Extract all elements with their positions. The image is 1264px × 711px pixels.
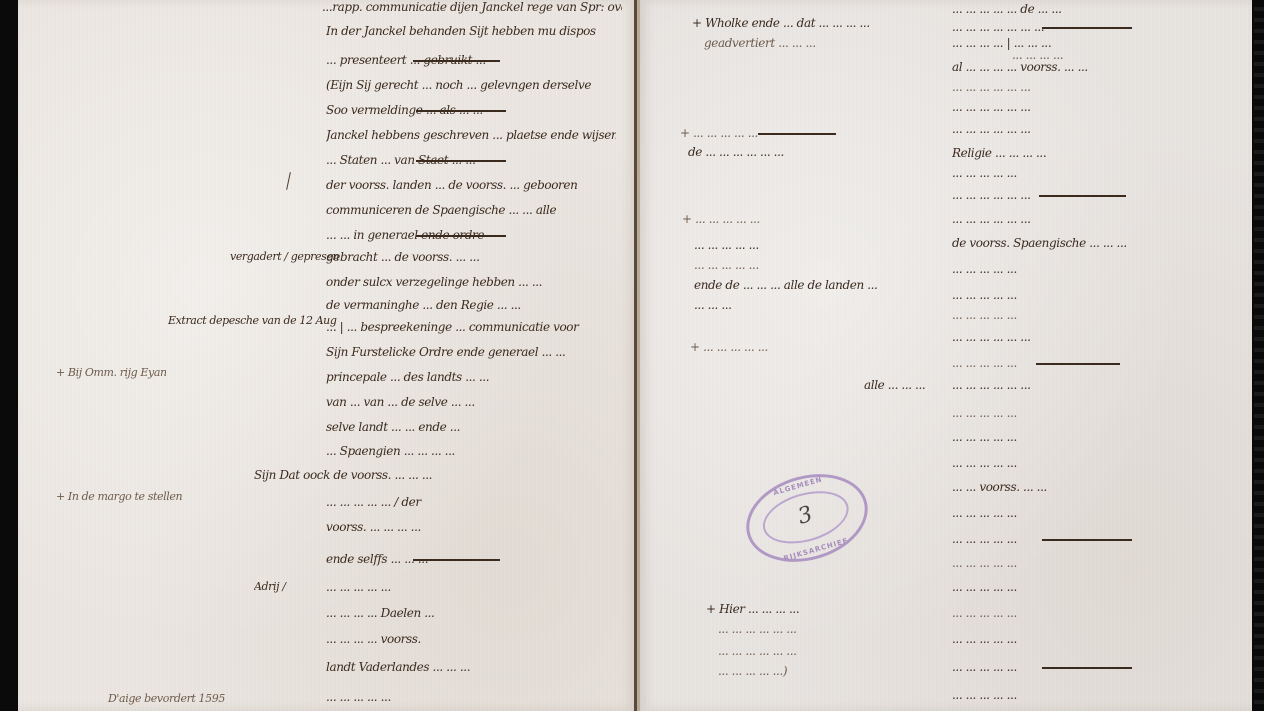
right-page: + Wholke ende ... dat ... ... ... ... ge… xyxy=(640,0,1252,711)
margin-note: + In de margo te stellen xyxy=(56,490,226,504)
manuscript-line: ... ... ... ... ... xyxy=(952,406,1242,420)
manuscript-line: ... Spaengien ... ... ... ... xyxy=(326,444,626,458)
manuscript-line: ... ... ... ... ... de ... ... xyxy=(952,2,1252,16)
manuscript-line: ... ... ... ... ... ... xyxy=(718,644,938,658)
manuscript-line: princepale ... des landts ... ... xyxy=(326,370,626,384)
manuscript-line: In der Janckel behanden Sijt hebben mu d… xyxy=(326,24,596,38)
left-page: vergadert / gepresenteert Extract depesc… xyxy=(18,0,636,711)
manuscript-line: ... ... ... ... voorss. xyxy=(326,632,626,646)
manuscript-line: communiceren de Spaengische ... ... alle xyxy=(326,203,626,217)
manuscript-line: ... ... ... ... ... ... xyxy=(952,212,1232,226)
margin-note: Extract depesche van de 12 Aug^o xyxy=(168,314,338,328)
manuscript-line: ... ... ... ... ... xyxy=(952,660,1252,674)
manuscript-line: ... ... ... ... ... xyxy=(952,166,1252,180)
manuscript-line: ... ... ... ... ... xyxy=(326,580,616,594)
manuscript-line: ... ... ... ... ... ... xyxy=(952,378,1242,392)
manuscript-line: de ... ... ... ... ... ... xyxy=(688,145,958,159)
manuscript-line: selve landt ... ... ende ... xyxy=(326,420,626,434)
manuscript-line: ... ... ... ... ... xyxy=(952,356,1232,370)
manuscript-line: ... ... ... ... ... xyxy=(952,556,1252,570)
manuscript-line: ... ... ... ... ... xyxy=(326,690,626,704)
manuscript-line: al ... ... ... ... voorss. ... ... xyxy=(952,60,1252,74)
manuscript-line: + ... ... ... ... ... xyxy=(680,126,940,140)
manuscript-line: ... ... ... ... ... ... ... xyxy=(952,20,1252,34)
stamp-number: 3 xyxy=(762,492,850,539)
manuscript-line: der voorss. landen ... de voorss. ... ge… xyxy=(326,178,626,192)
manuscript-line: ... ... voorss. ... ... xyxy=(952,480,1252,494)
manuscript-line: landt Vaderlandes ... ... ... xyxy=(326,660,626,674)
manuscript-line: ... ... ... ... ... ... xyxy=(952,100,1242,114)
manuscript-line: ... ... ... ... ... ... xyxy=(952,80,1242,94)
manuscript-line: ... ... ... ... ... xyxy=(952,262,1242,276)
manuscript-line: ... ... ... ... ... ... xyxy=(952,330,1242,344)
manuscript-line: ...rapp. communicatie dijen Janckel rege… xyxy=(322,0,622,14)
manuscript-line: de vermaninghe ... den Regie ... ... xyxy=(326,298,626,312)
manuscript-line: ... ... ... xyxy=(694,298,804,312)
margin-note: Adrij / xyxy=(254,580,304,594)
manuscript-line: Sijn Dat oock de voorss. ... ... ... xyxy=(254,468,614,482)
manuscript-line: onder sulcx verzegelinge hebben ... ... xyxy=(326,275,616,289)
manuscript-line: Janckel hebbens geschreven ... plaetse e… xyxy=(326,128,616,142)
manuscript-line: + Hier ... ... ... ... xyxy=(706,602,936,616)
manuscript-line: ... ... ... ... ... xyxy=(952,288,1242,302)
scan-border xyxy=(1254,0,1264,711)
manuscript-line: + ... ... ... ... ... xyxy=(682,212,932,226)
manuscript-line: voorss. ... ... ... ... xyxy=(326,520,616,534)
manuscript-line: + Wholke ende ... dat ... ... ... ... xyxy=(692,16,952,30)
manuscript-line: Religie ... ... ... ... xyxy=(952,146,1252,160)
margin-note: vergadert / gepresenteert xyxy=(230,250,340,264)
manuscript-line: ... ... ... ... ... / der xyxy=(326,495,616,509)
manuscript-line: ... ... ... ... ... xyxy=(952,506,1252,520)
manuscript-line: ende de ... ... ... alle de landen ... xyxy=(694,278,944,292)
manuscript-line: geadvertiert ... ... ... xyxy=(704,36,854,50)
manuscript-line: (Eijn Sij gerecht ... noch ... gelevngen… xyxy=(326,78,626,92)
manuscript-line: alle ... ... ... xyxy=(864,378,954,392)
manuscript-line: ... ... ... ... ... xyxy=(952,688,1252,702)
manuscript-line: ... ... in generael ende ordre xyxy=(326,228,626,242)
manuscript-line: ... ... ... ... ... ... xyxy=(718,622,938,636)
manuscript-line: ... ... ... ... ... xyxy=(952,456,1242,470)
manuscript-line: ... presenteert ... gebruikt ... xyxy=(326,53,616,67)
manuscript-line: ... | ... bespreekeninge ... communicati… xyxy=(326,320,626,334)
manuscript-line: ... ... ... ... ... xyxy=(952,580,1252,594)
manuscript-line: ... ... ... ... ... xyxy=(952,532,1252,546)
manuscript-line: ... ... ... ... ... ... xyxy=(952,122,1252,136)
manuscript-line: Soo vermeldinge ... als ... ... xyxy=(326,103,626,117)
manuscript-line: gebracht ... de voorss. ... ... xyxy=(326,250,626,264)
manuscript-line: ... ... ... ... Daelen ... xyxy=(326,606,626,620)
manuscript-line: ... ... ... ... ... xyxy=(952,632,1242,646)
manuscript-line: Sijn Furstelicke Ordre ende generael ...… xyxy=(326,345,626,359)
manuscript-line: ... ... ... ... ... ... xyxy=(952,188,1242,202)
manuscript-line: de voorss. Spaengische ... ... ... xyxy=(952,236,1252,250)
margin-note: + Bij Omm. rijg Eyand xyxy=(56,366,166,380)
manuscript-line: ende selffs ... ... ... xyxy=(326,552,616,566)
manuscript-line: van ... van ... de selve ... ... xyxy=(326,395,626,409)
margin-note: D'aige bevordert 1595 xyxy=(108,692,248,706)
manuscript-line: + ... ... ... ... ... xyxy=(690,340,940,354)
manuscript-line: ... ... ... ... ... xyxy=(694,258,934,272)
manuscript-spread: vergadert / gepresenteert Extract depesc… xyxy=(18,0,1254,711)
manuscript-line: ... ... ... ... ... xyxy=(952,430,1252,444)
manuscript-line: ... ... ... ... ... xyxy=(952,606,1232,620)
manuscript-line: ... Staten ... van Staet ... ... xyxy=(326,153,626,167)
manuscript-line: ... ... ... ... ...) xyxy=(718,664,938,678)
manuscript-line: ... ... ... ... ... xyxy=(694,238,934,252)
manuscript-line: ... ... ... ... ... xyxy=(952,308,1242,322)
